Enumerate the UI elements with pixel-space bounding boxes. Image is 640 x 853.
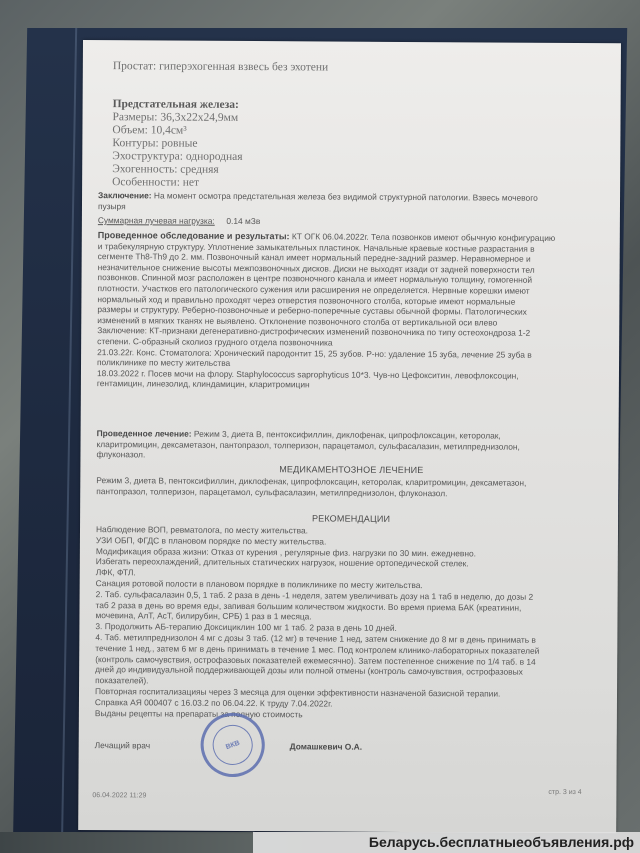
conclusion-text: На момент осмотра предстательная железа …: [154, 190, 538, 202]
prostate-size: Размеры: 36,3х22х24,9мм: [112, 111, 238, 125]
radiation-label: Суммарная лучевая нагрузка:: [98, 215, 215, 226]
treatment-line: флуконазол.: [96, 449, 606, 463]
doctor-name: Домашкевич О.А.: [290, 741, 362, 751]
doctor-role: Лечащий врач: [95, 740, 150, 750]
examination-block: Проведенное обследование и результаты: К…: [97, 230, 608, 392]
conclusion-block: Заключение: На момент осмотра предстател…: [98, 190, 608, 214]
prostate-echostructure: Эхоструктура: однородная: [112, 150, 242, 164]
treatment-block: Проведенное лечение: Режим 3, диета В, п…: [96, 428, 606, 463]
page-number: стр. 3 из 4: [548, 789, 581, 796]
prostate-echogenicity: Эхогенность: средняя: [112, 163, 219, 177]
folder-crease: [61, 28, 77, 853]
radiation-block: Суммарная лучевая нагрузка: 0.14 мЗв: [98, 215, 608, 229]
print-datetime: 06.04.2022 11:29: [92, 792, 146, 799]
recommendation-line: Выданы рецепты на препараты за полную ст…: [95, 708, 605, 722]
medication-line: пантопразол, толперизон, парацетамол, су…: [96, 486, 606, 500]
medication-block: Режим 3, диета В, пентоксифиллин, диклоф…: [96, 475, 606, 499]
examination-line: гентамицин, линезолид, клиндамицин, клар…: [97, 378, 607, 392]
prostate-features: Особенности: нет: [112, 176, 199, 190]
treatment-label: Проведенное лечение:: [97, 428, 192, 439]
prostate-volume: Объем: 10,4см³: [112, 124, 186, 137]
stamp-emblem-icon: ВКВ: [207, 719, 258, 770]
prostate-header-line: Простат: гиперэхогенная взвесь без эхоте…: [113, 60, 328, 74]
prostate-contours: Контуры: ровные: [112, 137, 197, 151]
prostate-title: Предстательная железа:: [113, 98, 239, 112]
conclusion-label: Заключение:: [98, 190, 152, 200]
examination-label: Проведенное обследование и результаты:: [98, 230, 290, 241]
recommendations-block: Наблюдение ВОП, ревматолога, по месту жи…: [95, 524, 606, 721]
site-watermark: Беларусь.бесплатныеобъявления.рф: [253, 832, 640, 853]
stamp-text: ВКВ: [225, 739, 241, 750]
medical-discharge-page: Простат: гиперэхогенная взвесь без эхоте…: [78, 40, 621, 833]
treatment-first-line: Режим 3, диета В, пентоксифиллин, диклоф…: [194, 429, 501, 441]
examination-first-line: КТ ОГК 06.04.2022г. Тела позвонков имеют…: [292, 231, 555, 243]
radiation-value: 0.14 мЗв: [226, 216, 260, 226]
signature-row: Лечащий врач Домашкевич О.А.: [95, 740, 605, 773]
